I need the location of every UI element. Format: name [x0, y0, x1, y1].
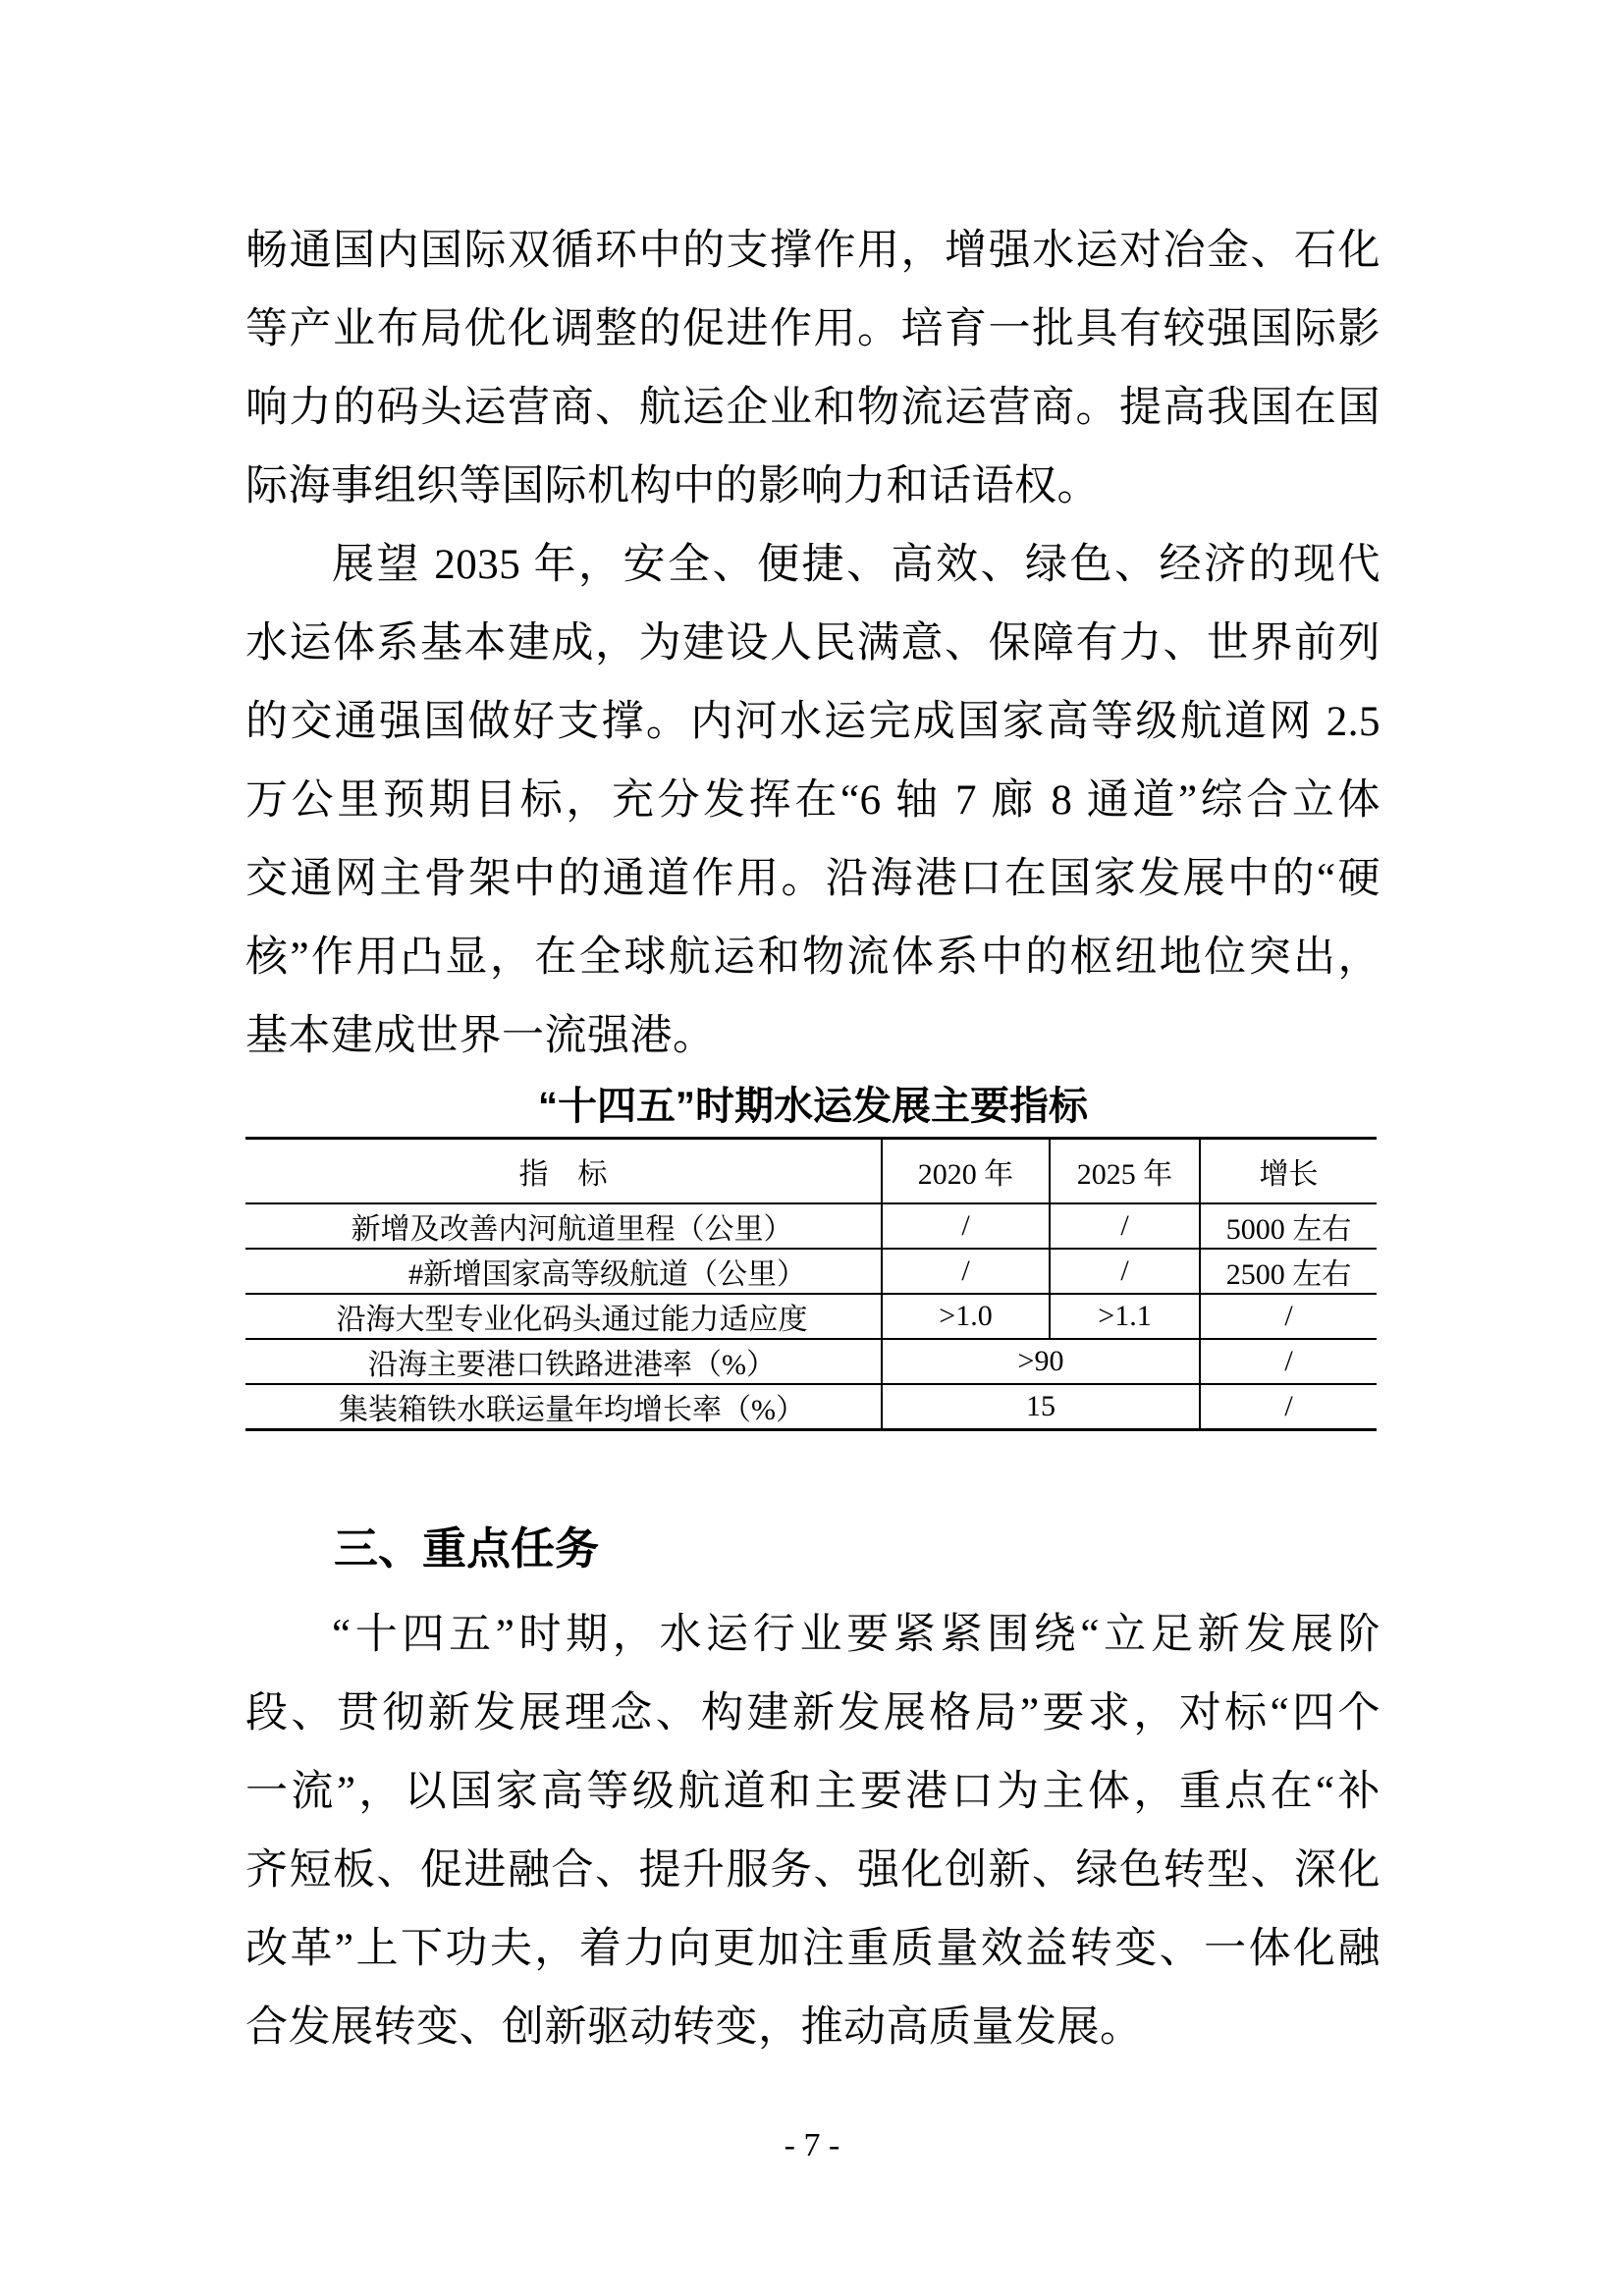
col-header-indicator: 指 标	[245, 1139, 882, 1203]
text-line: 改革”上下功夫，着力向更加注重质量效益转变、一体化融	[245, 1910, 1380, 1989]
text-line: 齐短板、促进融合、提升服务、强化创新、绿色转型、深化	[245, 1832, 1380, 1910]
cell-2020-2025-merged: 15	[882, 1384, 1200, 1430]
cell-indicator: #新增国家高等级航道（公里）	[245, 1249, 882, 1294]
cell-growth: 2500 左右	[1200, 1249, 1377, 1294]
cell-2025: /	[1050, 1249, 1200, 1294]
cell-growth: /	[1200, 1294, 1377, 1339]
paragraph-1: 畅通国内国际双循环中的支撑作用，增强水运对冶金、石化 等产业布局优化调整的促进作…	[245, 212, 1380, 526]
document-page: 畅通国内国际双循环中的支撑作用，增强水运对冶金、石化 等产业布局优化调整的促进作…	[0, 0, 1624, 2296]
text-line: 万公里预期目标，充分发挥在“6 轴 7 廊 8 通道”综合立体	[245, 762, 1380, 840]
text-line: 等产业布局优化调整的促进作用。培育一批具有较强国际影	[245, 291, 1380, 369]
text-line: 一流”，以国家高等级航道和主要港口为主体，重点在“补	[245, 1753, 1380, 1832]
text-line: 交通网主骨架中的通道作用。沿海港口在国家发展中的“硬	[245, 840, 1380, 919]
cell-indicator: 集装箱铁水联运量年均增长率（%）	[245, 1384, 882, 1430]
cell-2025: /	[1050, 1203, 1200, 1249]
table-row: 新增及改善内河航道里程（公里） / / 5000 左右	[245, 1203, 1377, 1249]
text-line: 际海事组织等国际机构中的影响力和话语权。	[245, 448, 1380, 526]
text-line: 基本建成世界一流强港。	[245, 997, 1380, 1076]
text-line: 展望 2035 年，安全、便捷、高效、绿色、经济的现代	[245, 526, 1380, 605]
cell-2020: >1.0	[882, 1294, 1050, 1339]
cell-2020: /	[882, 1203, 1050, 1249]
text-line: 段、贯彻新发展理念、构建新发展格局”要求，对标“四个	[245, 1675, 1380, 1753]
paragraph-3: “十四五”时期，水运行业要紧紧围绕“立足新发展阶 段、贯彻新发展理念、构建新发展…	[245, 1596, 1380, 2067]
table-row: 沿海主要港口铁路进港率（%） >90 /	[245, 1339, 1377, 1384]
text-line: 畅通国内国际双循环中的支撑作用，增强水运对冶金、石化	[245, 212, 1380, 291]
text-line: “十四五”时期，水运行业要紧紧围绕“立足新发展阶	[245, 1596, 1380, 1675]
cell-growth: 5000 左右	[1200, 1203, 1377, 1249]
cell-2020-2025-merged: >90	[882, 1339, 1200, 1384]
table-row: #新增国家高等级航道（公里） / / 2500 左右	[245, 1249, 1377, 1294]
table-row: 集装箱铁水联运量年均增长率（%） 15 /	[245, 1384, 1377, 1430]
section-heading: 三、重点任务	[245, 1510, 1380, 1588]
table-title: “十四五”时期水运发展主要指标	[245, 1076, 1380, 1137]
table-header-row: 指 标 2020 年 2025 年 增长	[245, 1139, 1377, 1203]
text-line: 核”作用凸显，在全球航运和物流体系中的枢纽地位突出，	[245, 919, 1380, 997]
paragraph-2: 展望 2035 年，安全、便捷、高效、绿色、经济的现代 水运体系基本建成，为建设…	[245, 526, 1380, 1076]
page-number: - 7 -	[0, 2118, 1624, 2173]
text-line: 水运体系基本建成，为建设人民满意、保障有力、世界前列	[245, 605, 1380, 683]
text-line: 合发展转变、创新驱动转变，推动高质量发展。	[245, 1989, 1380, 2067]
indicators-table: 指 标 2020 年 2025 年 增长 新增及改善内河航道里程（公里） / /…	[245, 1137, 1377, 1431]
table-row: 沿海大型专业化码头通过能力适应度 >1.0 >1.1 /	[245, 1294, 1377, 1339]
cell-2020: /	[882, 1249, 1050, 1294]
cell-indicator: 新增及改善内河航道里程（公里）	[245, 1203, 882, 1249]
cell-indicator: 沿海大型专业化码头通过能力适应度	[245, 1294, 882, 1339]
col-header-growth: 增长	[1200, 1139, 1377, 1203]
col-header-2020: 2020 年	[882, 1139, 1050, 1203]
cell-growth: /	[1200, 1384, 1377, 1430]
cell-indicator: 沿海主要港口铁路进港率（%）	[245, 1339, 882, 1384]
text-line: 响力的码头运营商、航运企业和物流运营商。提高我国在国	[245, 369, 1380, 448]
col-header-2025: 2025 年	[1050, 1139, 1200, 1203]
cell-2025: >1.1	[1050, 1294, 1200, 1339]
text-line: 的交通强国做好支撑。内河水运完成国家高等级航道网 2.5	[245, 683, 1380, 762]
cell-growth: /	[1200, 1339, 1377, 1384]
